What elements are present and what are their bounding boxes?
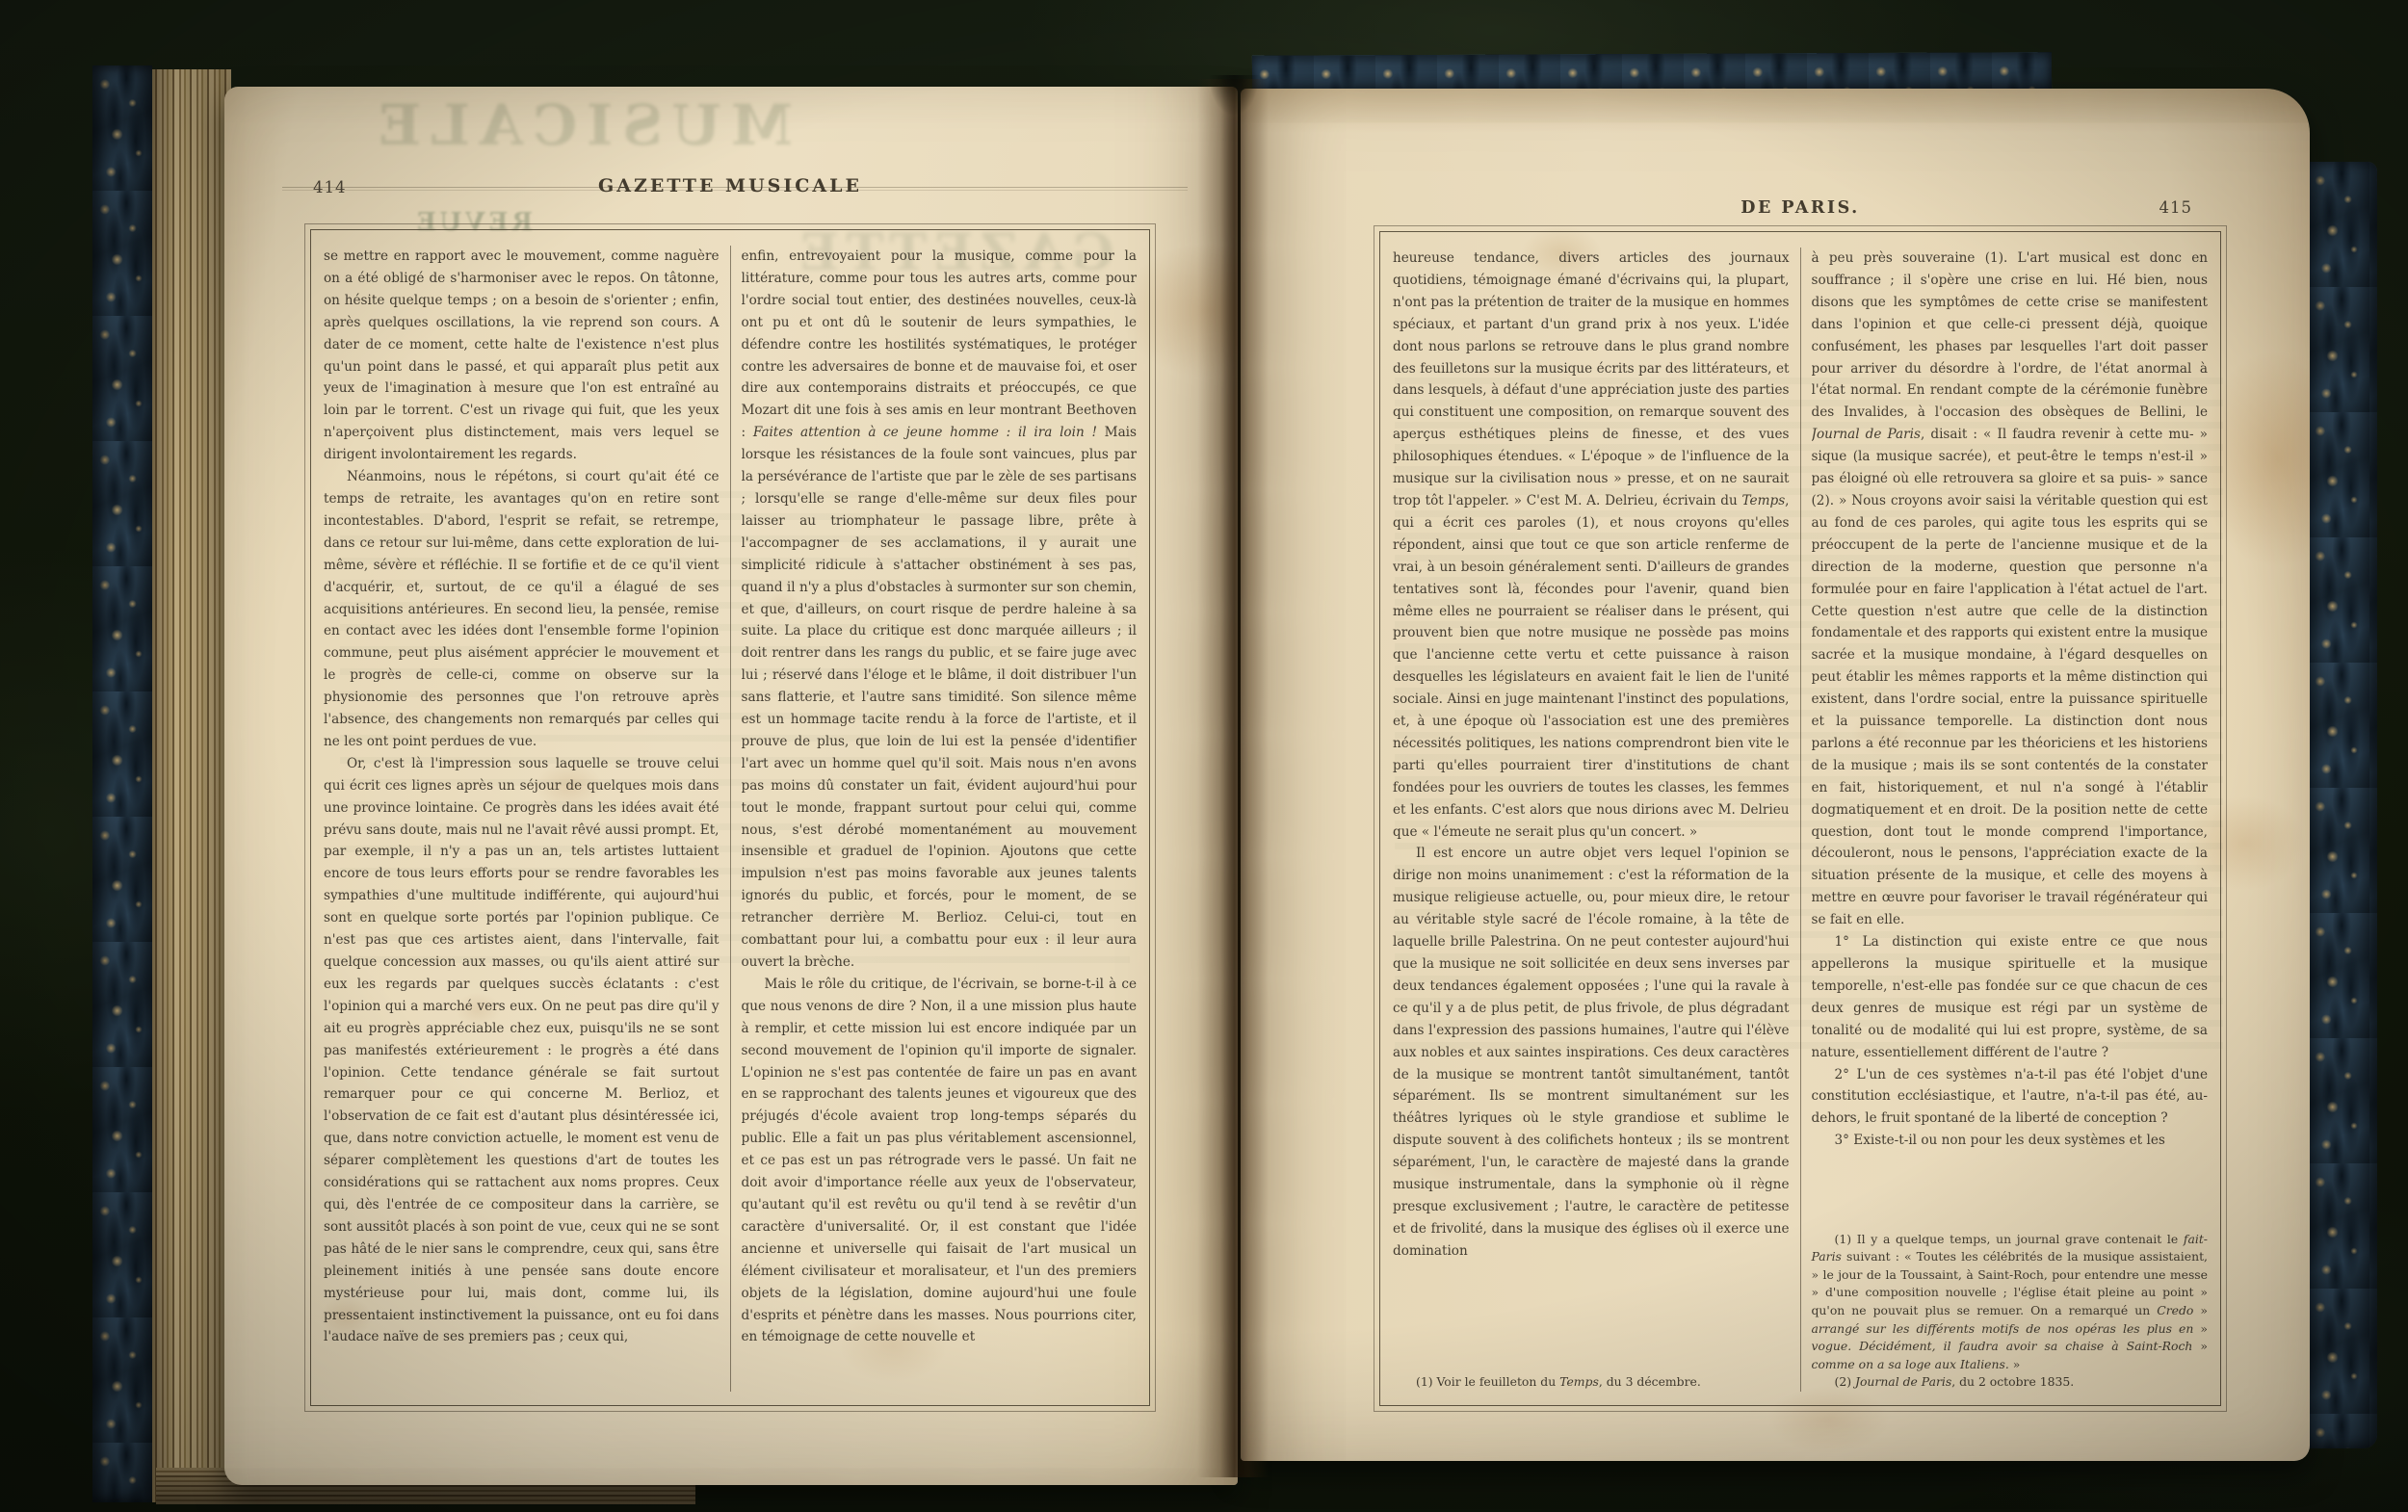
paragraph: Il est encore un autre objet vers lequel… [1393,843,1790,1262]
footnote: (2) Journal de Paris, du 2 octobre 1835. [1812,1373,2209,1392]
paragraph: Or, c'est là l'impression sous laquelle … [324,753,720,1348]
footnotes-column-2: (1) Il y a quelque temps, un journal gra… [1812,1219,2209,1392]
paragraph: à peu près souveraine (1). L'art musical… [1812,248,2209,931]
column-2: à peu près souveraine (1). L'art musical… [1812,248,2209,1392]
column-1: heureuse tendance, divers articles des j… [1393,248,1790,1392]
paragraph: Mais le rôle du critique, de l'écrivain,… [742,974,1138,1348]
paragraph: 3° Existe-t-il ou non pour les deux syst… [1812,1130,2209,1152]
column-1: se mettre en rapport avec le mouvement, … [324,246,720,1392]
text-frame-left: se mettre en rapport avec le mouvement, … [310,229,1150,1406]
column-2: enfin, entrevoyaient pour la musique, co… [742,246,1138,1392]
text-frame-right: heureuse tendance, divers articles des j… [1379,231,2221,1406]
column-divider-rule [730,246,731,1392]
column-divider-rule [1800,248,1801,1392]
footnote: (1) Il y a quelque temps, un journal gra… [1812,1231,2209,1374]
book-photograph: MUSICALE GAZETTE REVUE 414 GAZETTE MUSIC… [0,0,2408,1512]
page-stack-fore-edge [146,69,231,1502]
paragraph: enfin, entrevoyaient pour la musique, co… [742,246,1138,974]
column-text: à peu près souveraine (1). L'art musical… [1812,248,2209,1152]
paragraph: 2° L'un de ces systèmes n'a-t-il pas été… [1812,1064,2209,1131]
page-number-right: 415 [2159,198,2193,217]
paragraph: se mettre en rapport avec le mouvement, … [324,246,720,466]
running-title-right: DE PARIS. [1379,198,2221,218]
marbled-cover-edge-right [2308,162,2377,1448]
right-page: DE PARIS. 415 heureuse tendance, divers … [1241,89,2310,1461]
footnote: (1) Voir le feuilleton du Temps, du 3 dé… [1393,1373,1790,1392]
footnotes-column-1: (1) Voir le feuilleton du Temps, du 3 dé… [1393,1362,1790,1392]
paragraph: 1° La distinction qui existe entre ce qu… [1812,931,2209,1063]
paragraph: heureuse tendance, divers articles des j… [1393,248,1790,843]
column-text: heureuse tendance, divers articles des j… [1393,248,1790,1263]
bleed-through-text: MUSICALE [369,92,793,158]
left-page: MUSICALE GAZETTE REVUE 414 GAZETTE MUSIC… [224,87,1238,1485]
column-text: se mettre en rapport avec le mouvement, … [324,246,720,1348]
paragraph: Néanmoins, nous le répétons, si court qu… [324,466,720,753]
marbled-cover-edge-left [92,65,152,1502]
running-title-left: GAZETTE MUSICALE [310,175,1150,196]
column-text: enfin, entrevoyaient pour la musique, co… [742,246,1138,1348]
